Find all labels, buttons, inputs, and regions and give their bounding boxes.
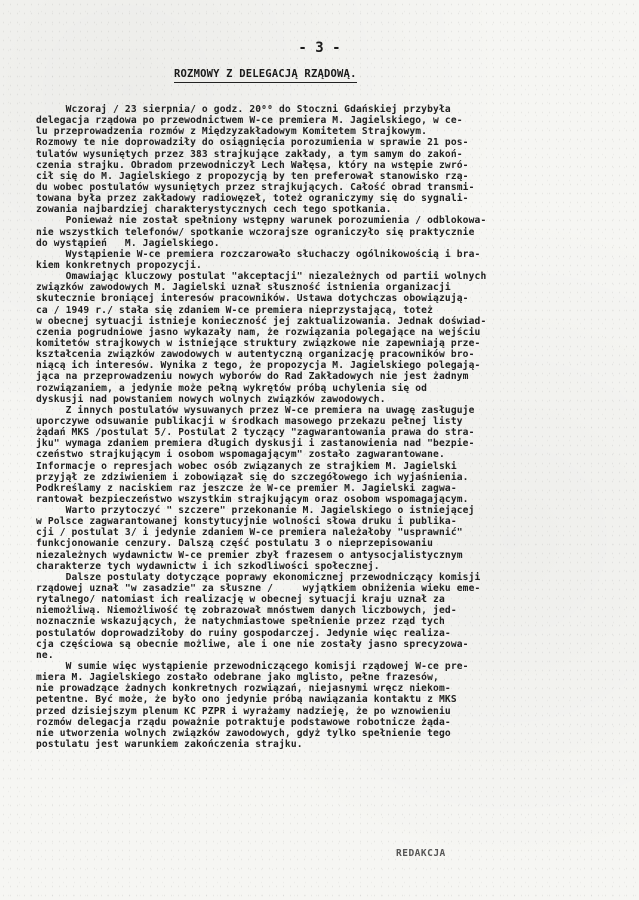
document-body: Wczoraj / 23 sierpnia/ o godz. 20⁰⁰ do S… bbox=[36, 104, 616, 750]
text-line: ne. bbox=[36, 650, 616, 661]
text-line: noznacznie wskazujących, że natychmiasto… bbox=[36, 616, 616, 627]
text-line: czeństwo strajkującym i osobom wspomagaj… bbox=[36, 449, 616, 460]
text-line: komitetów strajkowych w istniejące struk… bbox=[36, 338, 616, 349]
text-line: Rozmowy te nie doprowadziły do osiągnięc… bbox=[36, 137, 616, 148]
text-line: czenia pogrudniowe jasno wykazały nam, ż… bbox=[36, 327, 616, 338]
text-line: kształcenia związków zawodowych w autent… bbox=[36, 349, 616, 360]
text-line: Wystąpienie W-ce premiera rozczarowało s… bbox=[36, 249, 616, 260]
text-line: kiem konkretnych propozycji. bbox=[36, 260, 616, 271]
text-line: w obecnej sytuacji istnieje konieczność … bbox=[36, 316, 616, 327]
text-line: postulatów doprowadziłoby do ruiny gospo… bbox=[36, 628, 616, 639]
page-number: - 3 - bbox=[0, 40, 639, 56]
text-line: żądań MKS /postulat 5/. Postulat 2 tyczą… bbox=[36, 427, 616, 438]
text-line: charakterze tych wydawnictw i ich szkodl… bbox=[36, 561, 616, 572]
text-line: niemożliwą. Niemożliwość tę zobrazował m… bbox=[36, 605, 616, 616]
text-line: czenia strajku. Obradom przewodniczył Le… bbox=[36, 160, 616, 171]
typewritten-page: - 3 - ROZMOWY Z DELEGACJĄ RZĄDOWĄ. Wczor… bbox=[0, 0, 639, 900]
text-line: przyjął ze zdziwieniem i zobowiązał się … bbox=[36, 472, 616, 483]
text-line: delegacja rządowa po przewodnictwem W-ce… bbox=[36, 115, 616, 126]
text-line: jąca na przeprowadzeniu nowych wyborów d… bbox=[36, 371, 616, 382]
text-line: Z innych postulatów wysuwanych przez W-c… bbox=[36, 405, 616, 416]
text-line: nie wszystkich telefonów/ spotkanie wczo… bbox=[36, 227, 616, 238]
text-line: postulatu jest warunkiem zakończenia str… bbox=[36, 739, 616, 750]
text-line: cji / postulat 3/ i jedynie zdaniem W-ce… bbox=[36, 527, 616, 538]
text-line: tulatów wysuniętych przez 383 strajkując… bbox=[36, 149, 616, 160]
text-line: rozwiązaniem, a jedynie może pełną wykrę… bbox=[36, 383, 616, 394]
signature: REDAKCJA bbox=[396, 848, 446, 859]
text-line: nie prowadzące żadnych konkretnych rozwi… bbox=[36, 683, 616, 694]
text-line: ca / 1949 r./ stała się zdaniem W-ce pre… bbox=[36, 305, 616, 316]
text-line: towana była przez zakładowy radiowęzeł, … bbox=[36, 193, 616, 204]
text-line: cił się do M. Jagielskiego z propozycją … bbox=[36, 171, 616, 182]
text-line: przed dzisiejszym plenum KC PZPR i wyraż… bbox=[36, 706, 616, 717]
text-line: Omawiając kluczowy postulat "akceptacji"… bbox=[36, 271, 616, 282]
text-line: Ponieważ nie został spełniony wstępny wa… bbox=[36, 215, 616, 226]
text-line: Informacje o represjach wobec osób związ… bbox=[36, 461, 616, 472]
text-line: zowania najbardziej charakterystycznych … bbox=[36, 204, 616, 215]
text-line: rantował bezpieczeństwo wszystkim strajk… bbox=[36, 494, 616, 505]
text-line: dyskusji nad powstaniem nowych wolnych z… bbox=[36, 394, 616, 405]
text-line: związków zawodowych M. Jagielski uznał s… bbox=[36, 282, 616, 293]
text-line: jku" wymaga zdaniem premiera długich dys… bbox=[36, 438, 616, 449]
text-line: uporczywe odsuwanie publikacji w środkac… bbox=[36, 416, 616, 427]
text-line: lu przeprowadzenia rozmów z Międzyzakład… bbox=[36, 126, 616, 137]
text-line: rządowej uznał "w zasadzie" za słuszne /… bbox=[36, 583, 616, 594]
text-line: Warto przytoczyć " szczere" przekonanie … bbox=[36, 505, 616, 516]
text-line: miera M. Jagielskiego zostało odebrane j… bbox=[36, 672, 616, 683]
text-line: rytalnego/ natomiast ich realizację w ob… bbox=[36, 594, 616, 605]
document-title: ROZMOWY Z DELEGACJĄ RZĄDOWĄ. bbox=[174, 68, 357, 83]
text-line: cja częściowa są obecnie możliwe, ale i … bbox=[36, 639, 616, 650]
text-line: do wystąpień M. Jagielskiego. bbox=[36, 238, 616, 249]
text-line: funkcjonowanie cenzury. Dalszą część pos… bbox=[36, 538, 616, 549]
text-line: nie utworzenia wolnych związków zawodowy… bbox=[36, 728, 616, 739]
text-line: W sumie więc wystąpienie przewodnicząceg… bbox=[36, 661, 616, 672]
text-line: niącą ich interesów. Wynika z tego, że p… bbox=[36, 360, 616, 371]
text-line: skutecznie broniącej interesów pracownik… bbox=[36, 293, 616, 304]
text-line: Dalsze postulaty dotyczące poprawy ekono… bbox=[36, 572, 616, 583]
text-line: niezależnych wydawnictw W-ce premier zby… bbox=[36, 550, 616, 561]
text-line: Wczoraj / 23 sierpnia/ o godz. 20⁰⁰ do S… bbox=[36, 104, 616, 115]
text-line: petentne. Być może, że było ono jedynie … bbox=[36, 694, 616, 705]
text-line: w Polsce zagwarantowanej konstytucyjnie … bbox=[36, 516, 616, 527]
text-line: du wobec postulatów wysuniętych przez st… bbox=[36, 182, 616, 193]
text-line: rozmów delegacja rządu poważnie potraktu… bbox=[36, 717, 616, 728]
text-line: Podkreślamy z naciskiem raz jeszcze że W… bbox=[36, 483, 616, 494]
